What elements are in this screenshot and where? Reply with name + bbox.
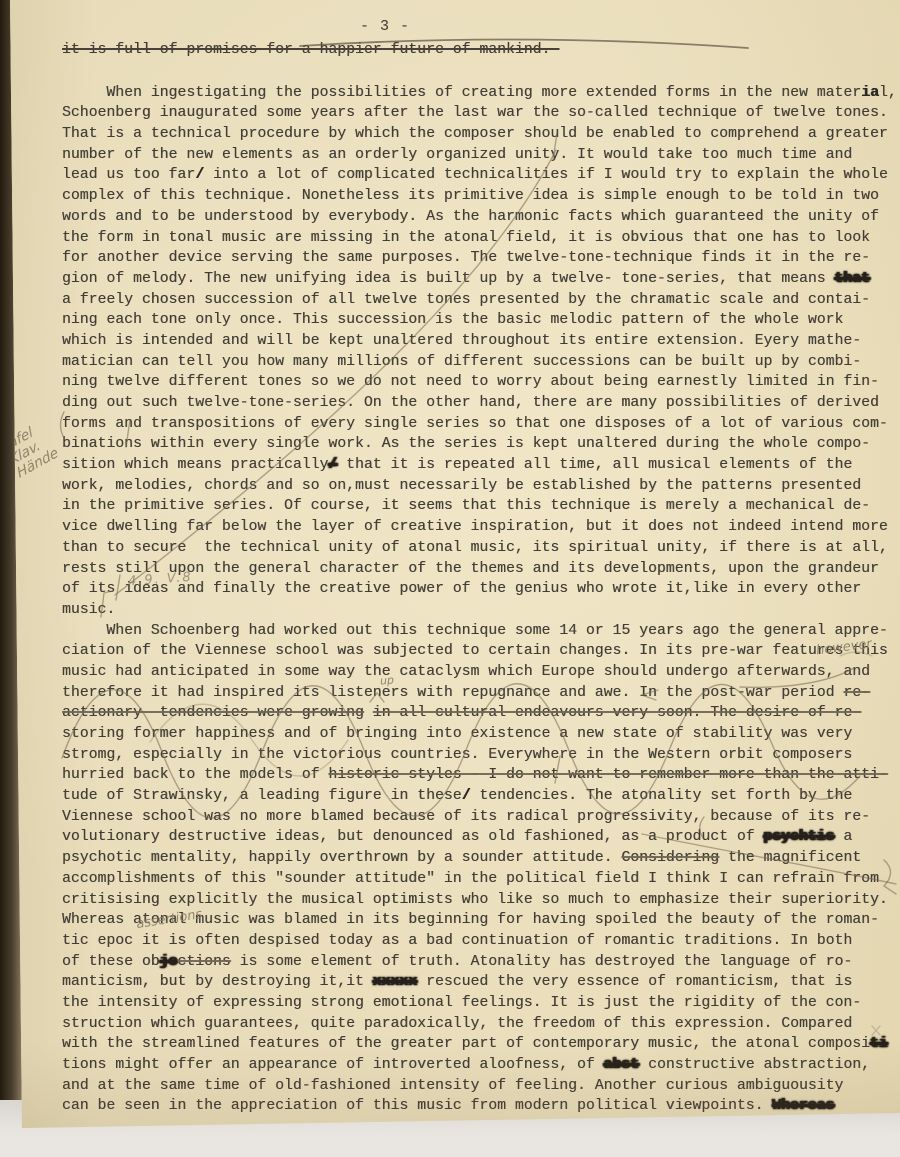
text-run: actionary tendencies were growing <box>62 705 364 721</box>
text-run: music had anticipated in some way the ca… <box>62 664 870 680</box>
text-run: ning each tone only once. This successio… <box>62 312 843 328</box>
text-run: re- <box>843 685 870 701</box>
text-run: a <box>835 829 853 845</box>
typescript-line: which is intended and will be kept unalt… <box>62 331 892 352</box>
paragraph: When Schoenberg had worked out this tech… <box>62 621 892 1118</box>
typescript-line: tude of Strawinsky, a leading figure in … <box>62 786 892 807</box>
text-run: which is intended and will be kept unalt… <box>62 333 861 349</box>
text-run: stromg, especially in the victorious cou… <box>62 747 852 763</box>
text-run: for another device serving the same purp… <box>62 250 870 266</box>
text-run: ia <box>861 85 879 101</box>
typescript-line: and at the same time of old-fashioned in… <box>62 1076 892 1097</box>
typescript-line: binations within every single work. As t… <box>62 434 892 455</box>
text-run: ti <box>870 1036 888 1052</box>
text-run: that <box>835 271 871 287</box>
text-run: ctions <box>177 954 230 970</box>
text-run: is some element of truth. Atonality has … <box>231 954 853 970</box>
text-run: in all cultural endeavours very soon. <box>373 705 710 721</box>
text-run: number of the new elements as an orderly… <box>62 147 852 163</box>
text-run: work, melodies, chords and so on,must ne… <box>62 478 861 494</box>
text-run: ding out such twelve-tone-series. On the… <box>62 395 879 411</box>
text-run: with the streamlined features of the gre… <box>62 1036 870 1052</box>
typescript-line: Viennese school was no more blamed becau… <box>62 807 892 828</box>
text-run: / <box>328 457 337 473</box>
text-run: into a lot of complicated technicalities… <box>204 167 888 183</box>
text-run: can be seen in the appreciation of this … <box>62 1098 772 1114</box>
typescript-line: a freely chosen succession of all twelve… <box>62 290 892 311</box>
text-run: xxxxx <box>373 974 417 990</box>
text-run: that it is repeated all time, all musica… <box>337 457 852 473</box>
typescript-line: critisising explicitly the musical optim… <box>62 890 892 911</box>
typescript-line: with the streamlined features of the gre… <box>62 1034 892 1055</box>
typescript-line: lead us too far/ into a lot of complicat… <box>62 165 892 186</box>
typescript-line: struction which guarantees, quite parado… <box>62 1014 892 1035</box>
typescript-line: stromg, especially in the victorious cou… <box>62 745 892 766</box>
text-run: vice dwelling far below the layer of cre… <box>62 519 888 535</box>
text-run: than to secure the technical unity of at… <box>62 540 888 556</box>
text-run <box>364 705 373 721</box>
text-run: the intensity of expressing strong emoti… <box>62 995 861 1011</box>
text-run: rescued the very essence of romanticism,… <box>417 974 852 990</box>
text-run: of these ob <box>62 954 160 970</box>
typescript-line: ding out such twelve-tone-series. On the… <box>62 393 892 414</box>
text-run: matician can tell you how many millions … <box>62 354 861 370</box>
text-run: lead us too far <box>62 167 195 183</box>
typescript-line: Schoenberg inaugurated some years after … <box>62 103 892 124</box>
text-run: psychtis <box>764 829 835 845</box>
typescript-line: it is full of promises for a happier fut… <box>62 40 892 61</box>
typescript-line: ning twelve different tones so we do not… <box>62 372 892 393</box>
typescript-line: number of the new elements as an orderly… <box>62 145 892 166</box>
typescript-line: in the primitive series. Of course, it s… <box>62 496 892 517</box>
text-run: ning twelve different tones so we do not… <box>62 374 879 390</box>
text-run: volutionary destructive ideas, but denou… <box>62 829 764 845</box>
text-run: and at the same time of old-fashioned in… <box>62 1078 843 1094</box>
typescript-line: hurried back to the models of historic s… <box>62 765 892 786</box>
typescript-line: music had anticipated in some way the ca… <box>62 662 892 683</box>
text-run: abst <box>604 1057 640 1073</box>
typescript-line: ciation of the Viennese school was subje… <box>62 641 892 662</box>
text-run: Considering <box>621 850 719 866</box>
typescript-line: manticism, but by destroying it,it xxxxx… <box>62 972 892 993</box>
typescript-line: complex of this technique. Nonetheless i… <box>62 186 892 207</box>
typescript-line: therefore it had inspired its listeners … <box>62 683 892 704</box>
text-run: l, <box>879 85 897 101</box>
text-run: When ingestigating the possibilities of … <box>62 85 861 101</box>
typescript-line: words and to be understood by everybody.… <box>62 207 892 228</box>
typescript-line: tic epoc it is often despised today as a… <box>62 931 892 952</box>
text-run: a freely chosen succession of all twelve… <box>62 292 870 308</box>
typescript-line: for another device serving the same purp… <box>62 248 892 269</box>
typescript-line: the form in tonal music are missing in t… <box>62 228 892 249</box>
typescript-line: When ingestigating the possibilities of … <box>62 83 892 104</box>
typescript-line: tions might offer an appearance of intro… <box>62 1055 892 1076</box>
typescript-line: That is a technical procedure by which t… <box>62 124 892 145</box>
typescript-line: matician can tell you how many millions … <box>62 352 892 373</box>
text-run: je <box>160 954 178 970</box>
text-run: the form in tonal music are missing in t… <box>62 230 870 246</box>
paragraph: it is full of promises for a happier fut… <box>62 40 892 61</box>
text-run: sition which means practically <box>62 457 328 473</box>
text-run: Viennese school was no more blamed becau… <box>62 809 870 825</box>
text-run: storing former happiness and of bringing… <box>62 726 852 742</box>
typescript-line: work, melodies, chords and so on,must ne… <box>62 476 892 497</box>
page-number: - 3 - <box>330 18 440 35</box>
text-run: Whereas <box>772 1098 834 1114</box>
typescript-line: actionary tendencies were growing in all… <box>62 703 892 724</box>
paper-sheet: - 3 - it is full of promises for a happi… <box>8 0 900 1157</box>
text-run: That is a technical procedure by which t… <box>62 126 888 142</box>
text-run: the magnificent <box>719 850 861 866</box>
paragraph: When ingestigating the possibilities of … <box>62 83 892 621</box>
text-run: tendencies. The atonality set forth by t… <box>470 788 852 804</box>
typescript-line: of these objections is some element of t… <box>62 952 892 973</box>
typescript-line: sition which means practically/ that it … <box>62 455 892 476</box>
text-run: hurried back to the models of <box>62 767 328 783</box>
text-run: constructive abstraction, <box>639 1057 870 1073</box>
typescript-line: ning each tone only once. This successio… <box>62 310 892 331</box>
typescript-line: volutionary destructive ideas, but denou… <box>62 827 892 848</box>
text-run: The desire of re- <box>710 705 861 721</box>
text-run: critisising explicitly the musical optim… <box>62 892 888 908</box>
text-run: struction which guarantees, quite parado… <box>62 1016 852 1032</box>
typescript-line: music. <box>62 600 892 621</box>
text-run: words and to be understood by everybody.… <box>62 209 879 225</box>
text-run: it is full of promises for a happier fut… <box>62 42 559 58</box>
text-run: psychotic mentality, happily overthrown … <box>62 850 621 866</box>
text-run: forms and transpositions of every single… <box>62 416 888 432</box>
text-run: When Schoenberg had worked out this tech… <box>62 623 888 639</box>
typescript-line: forms and transpositions of every single… <box>62 414 892 435</box>
typescript-line: accomplishments of this "sounder attitud… <box>62 869 892 890</box>
text-run: in the primitive series. Of course, it s… <box>62 498 870 514</box>
typescript-line: than to secure the technical unity of at… <box>62 538 892 559</box>
text-run: manticism, but by destroying it,it <box>62 974 373 990</box>
typescript-line: psychotic mentality, happily overthrown … <box>62 848 892 869</box>
text-run: tude of Strawinsky, a leading figure in … <box>62 788 462 804</box>
text-run: historic styles - I do not want to remem… <box>328 767 887 783</box>
typescript-line: vice dwelling far below the layer of cre… <box>62 517 892 538</box>
typescript-line: the intensity of expressing strong emoti… <box>62 993 892 1014</box>
text-run: gion of melody. The new unifying idea is… <box>62 271 835 287</box>
typescript-line: storing former happiness and of bringing… <box>62 724 892 745</box>
text-run: Schoenberg inaugurated some years after … <box>62 105 888 121</box>
text-run: tions might offer an appearance of intro… <box>62 1057 604 1073</box>
typescript-line: gion of melody. The new unifying idea is… <box>62 269 892 290</box>
typescript-line: can be seen in the appreciation of this … <box>62 1096 892 1117</box>
typescript-line: When Schoenberg had worked out this tech… <box>62 621 892 642</box>
text-run: complex of this technique. Nonetheless i… <box>62 188 879 204</box>
text-run: / <box>195 167 204 183</box>
text-run: ciation of the Viennese school was subje… <box>62 643 888 659</box>
text-run: binations within every single work. As t… <box>62 436 870 452</box>
text-run: music. <box>62 602 115 618</box>
up-insertion-handwriting: up <box>379 673 394 687</box>
text-run: therefore it had inspired its listeners … <box>62 685 843 701</box>
text-run: accomplishments of this "sounder attitud… <box>62 871 879 887</box>
text-run: tic epoc it is often despised today as a… <box>62 933 852 949</box>
